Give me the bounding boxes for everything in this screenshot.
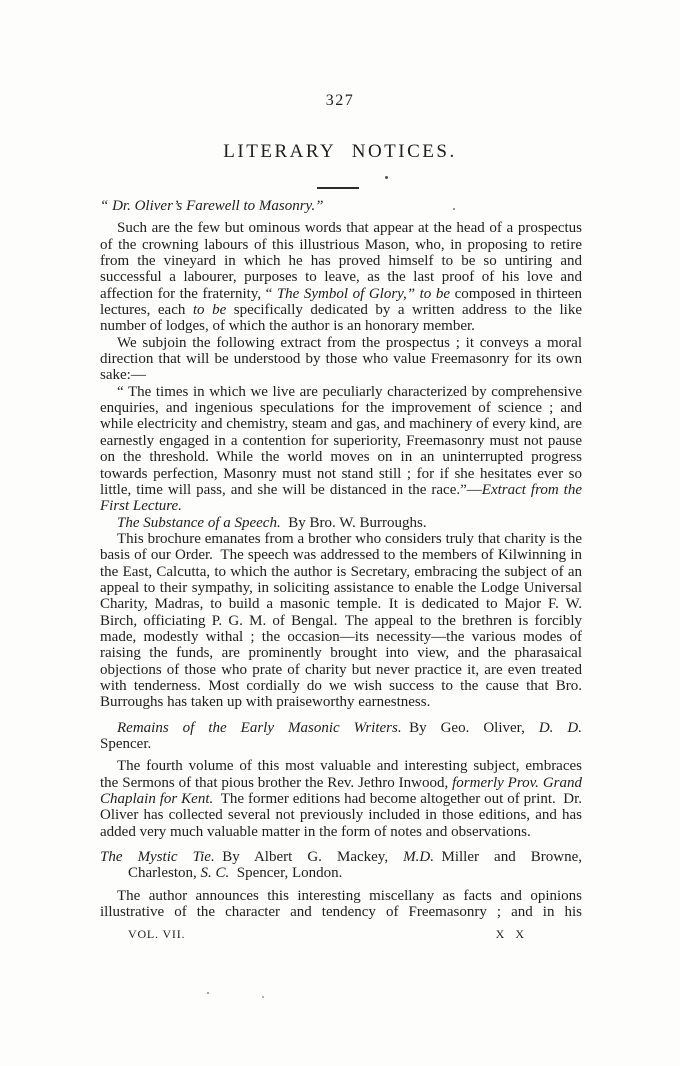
volume-label: VOL. VII. [128, 926, 185, 942]
scan-speck [453, 208, 455, 210]
notice-paragraph: The author announces this interesting mi… [100, 888, 582, 921]
degree-abbrev-italic: D. D. [539, 720, 582, 736]
notice-heading-substance-of-a-speech: The Substance of a Speech. By Bro. W. Bu… [100, 515, 582, 531]
heading-line: Charleston, S. C. Spencer, London. [100, 865, 582, 881]
text-column: “ Dr. Oliver’s Farewell to Masonry.” Suc… [100, 198, 582, 943]
publisher: Miller and Browne, [434, 849, 582, 865]
signature-mark: X X [496, 926, 528, 942]
scanned-book-page: 327 LITERARY NOTICES. “ Dr. Oliver’s Far… [0, 0, 680, 1066]
book-title-italic: Remains of the Early Masonic Writers. [117, 720, 402, 736]
text-run-italic: to be [193, 302, 226, 318]
heading-line: Spencer. [100, 736, 582, 752]
text-run-italic: The Symbol of Glory,” [277, 286, 420, 302]
scan-speck [385, 176, 388, 179]
degree-abbrev-italic: M.D. [403, 849, 434, 865]
notice-paragraph-extract: “ The times in which we live are peculia… [100, 384, 582, 515]
book-title-italic: The Mystic Tie. [100, 849, 215, 865]
book-title-italic: The Substance of a Speech. [117, 515, 281, 531]
page-number: 327 [0, 0, 680, 110]
notice-paragraph: Such are the few but ominous words that … [100, 220, 582, 334]
notice-paragraph: We subjoin the following extract from th… [100, 335, 582, 384]
publisher: Spencer, London. [229, 865, 342, 881]
notice-paragraph: The fourth volume of this most valuable … [100, 758, 582, 840]
title-divider-rule [317, 187, 359, 189]
state-abbrev-italic: S. C. [201, 865, 230, 881]
notice-paragraph: This brochure emanates from a brother wh… [100, 531, 582, 711]
place: Charleston, [128, 865, 201, 881]
heading-line: The Mystic Tie. By Albert G. Mackey, M.D… [100, 849, 582, 865]
byline: By Bro. W. Burroughs. [281, 515, 427, 531]
page-title: LITERARY NOTICES. [0, 141, 680, 163]
notice-heading-mystic-tie: The Mystic Tie. By Albert G. Mackey, M.D… [100, 849, 582, 882]
page-footer: VOL. VII. X X [100, 926, 582, 942]
byline: By Albert G. Mackey, [215, 849, 403, 865]
notice-heading-oliver-farewell: “ Dr. Oliver’s Farewell to Masonry.” [100, 198, 582, 214]
text-run-italic: to be [420, 286, 450, 302]
text-run: “ The times in which we live are peculia… [100, 384, 582, 498]
scan-speck [207, 992, 209, 994]
scan-speck [262, 996, 264, 998]
heading-line: Remains of the Early Masonic Writers. By… [100, 720, 582, 736]
byline: By Geo. Oliver, [402, 720, 539, 736]
notice-heading-early-masonic-writers: Remains of the Early Masonic Writers. By… [100, 720, 582, 753]
